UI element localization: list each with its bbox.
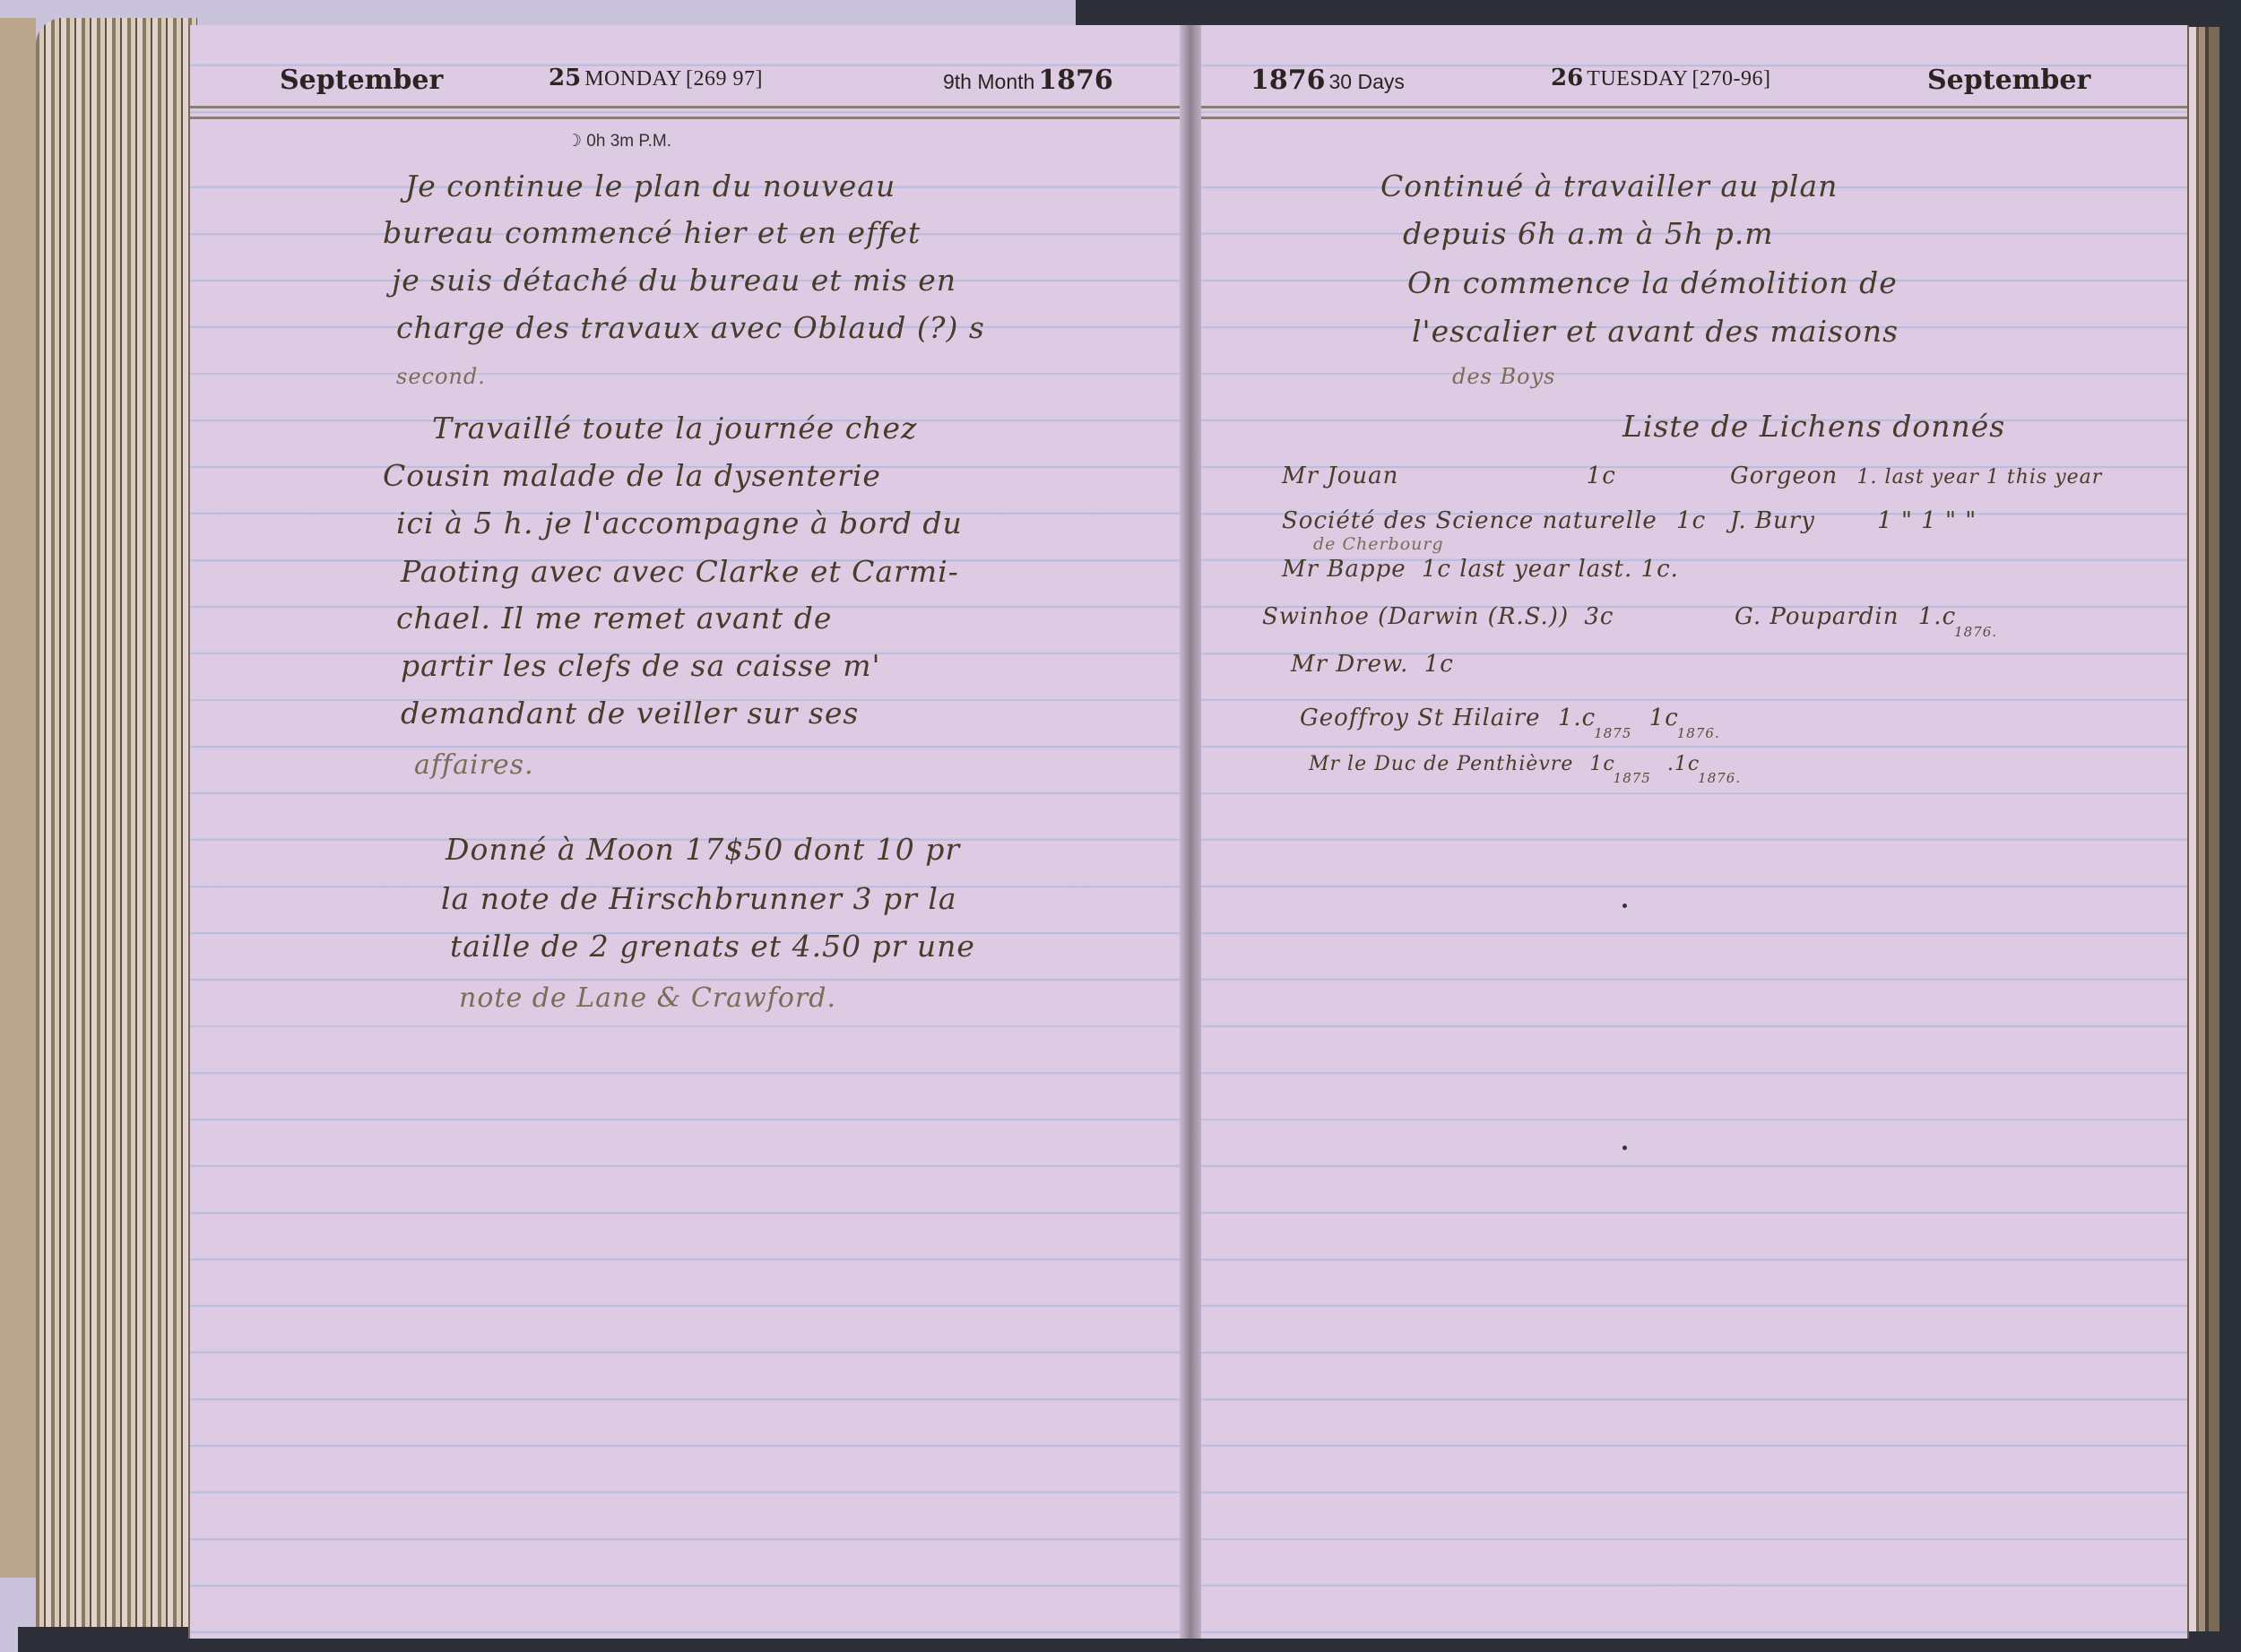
day-index: [270-96] (1692, 67, 1770, 91)
list-item: Swinhoe (Darwin (R.S.)) 3c (1262, 603, 1614, 630)
list-item: Mr le Duc de Penthièvre 1c1875 .1c1876. (1309, 753, 1741, 786)
entry-line: demandant de veiller sur ses (401, 696, 859, 731)
list-item: Société des Science naturelle 1c (1282, 507, 1706, 534)
day-name: TUESDAY (1587, 67, 1688, 91)
year-label: 1876 (1250, 65, 1326, 96)
header-rule (190, 106, 1187, 119)
entry-line: Paoting avec avec Clarke et Carmi- (401, 554, 959, 589)
entry-line: note de Lane & Crawford. (459, 982, 836, 1014)
entry-line: je suis détaché du bureau et mis en (392, 263, 956, 298)
entry-line: Cousin malade de la dysenterie (383, 458, 881, 493)
entry-line: ici à 5 h. je l'accompagne à bord du (396, 506, 963, 541)
entry-line: la note de Hirschbrunner 3 pr la (441, 881, 957, 916)
year-note: 1875 (1614, 770, 1651, 786)
list-item-sub: de Cherbourg (1313, 534, 1444, 554)
left-header-year: 9th Month 1876 (943, 65, 1113, 96)
moon-phase: ☽ 0h 3m P.M. (567, 131, 671, 151)
entry-line: charge des travaux avec Oblaud (?) s (396, 310, 985, 345)
entry-line: Je continue le plan du nouveau (405, 169, 896, 203)
entry-line: second. (396, 364, 486, 389)
day-index: [269 97] (686, 67, 763, 91)
recipient-qty: .1c (1667, 753, 1700, 775)
recipient-qty: 1.c (1558, 705, 1596, 731)
ink-dot (1622, 1146, 1627, 1150)
recipient-qty: 1 " 1 " " (1877, 507, 1977, 534)
day-number: 26 (1551, 65, 1583, 91)
days-label: 30 Days (1329, 70, 1405, 93)
year-note: 1876. (1698, 770, 1741, 786)
left-header-month: September (280, 65, 443, 96)
recipient-qty: 3c (1584, 603, 1614, 630)
list-item: J. Bury 1 " 1 " " (1730, 507, 1977, 534)
recipient-name: Mr Bappe (1282, 556, 1406, 583)
entry-line: des Boys (1452, 364, 1555, 389)
recipient-name: Mr Drew. (1291, 651, 1408, 678)
list-item: Mr Drew. 1c (1291, 651, 1454, 678)
right-page: 1876 30 Days 26 TUESDAY [270-96] Septemb… (1201, 25, 2189, 1639)
right-header-year: 1876 30 Days (1250, 65, 1405, 96)
entry-line: taille de 2 grenats et 4.50 pr une (450, 929, 975, 964)
recipient-name: Mr Jouan (1282, 463, 1398, 489)
left-header-day: 25 MONDAY [269 97] (549, 65, 763, 91)
entry-line: chael. Il me remet avant de (396, 601, 832, 636)
day-name: MONDAY (584, 67, 682, 91)
right-header-month: September (1927, 65, 2090, 96)
list-item: Gorgeon 1. last year 1 this year (1730, 463, 2102, 489)
year-label: 1876 (1038, 65, 1113, 96)
flyleaf (0, 18, 36, 1578)
list-item: Mr Bappe 1c last year last. 1c. (1282, 556, 1679, 583)
recipient-qty: 1. last year 1 this year (1857, 466, 2103, 489)
month-ordinal: 9th Month (943, 70, 1034, 93)
right-header-day: 26 TUESDAY [270-96] (1551, 65, 1770, 91)
right-page-stack (2187, 27, 2219, 1631)
entry-line: Travaillé toute la journée chez (432, 411, 917, 445)
left-page: September 25 MONDAY [269 97] 9th Month 1… (188, 25, 1187, 1639)
ink-dot (1622, 904, 1627, 908)
entry-line: affaires. (414, 749, 534, 781)
recipient-name: J. Bury (1730, 507, 1815, 534)
recipient-qty: 1c (1649, 705, 1679, 731)
entry-line: partir les clefs de sa caisse m' (401, 648, 881, 683)
recipient-qty: 1.c (1918, 603, 1956, 630)
recipient-name: Swinhoe (Darwin (R.S.)) (1262, 603, 1569, 630)
recipient-qty: 1c last year last. 1c. (1422, 556, 1679, 583)
recipient-name: Mr le Duc de Penthièvre (1309, 753, 1573, 775)
entry-line: depuis 6h a.m à 5h p.m (1403, 216, 1774, 251)
year-note: 1876. (1954, 624, 1997, 640)
entry-line: bureau commencé hier et en effet (383, 215, 921, 250)
entry-line: l'escalier et avant des maisons (1412, 314, 1899, 349)
year-note: 1875 (1594, 725, 1631, 741)
recipient-qty: 1c (1587, 463, 1616, 489)
header-rule (1201, 106, 2187, 119)
left-page-stack (36, 18, 197, 1631)
list-item: G. Poupardin 1.c1876. (1735, 603, 1997, 640)
month-label: September (1927, 65, 2090, 96)
recipient-qty: 1c (1589, 753, 1614, 775)
month-label: September (280, 65, 443, 96)
recipient-qty: 1c (1424, 651, 1454, 678)
entry-line: On commence la démolition de (1407, 265, 1898, 300)
recipient-name: Geoffroy St Hilaire (1300, 705, 1541, 731)
recipient-name: G. Poupardin (1735, 603, 1899, 630)
recipient-qty: 1c (1676, 507, 1706, 534)
list-item: Mr Jouan 1c (1282, 463, 1616, 489)
day-number: 25 (549, 65, 581, 91)
book-cover-right (2216, 0, 2241, 1652)
year-note: 1876. (1677, 725, 1720, 741)
entry-line: Donné à Moon 17$50 dont 10 pr (446, 832, 960, 867)
list-item: Geoffroy St Hilaire 1.c1875 1c1876. (1300, 705, 1720, 741)
entry-line: Continué à travailler au plan (1380, 169, 1838, 203)
recipient-name: Société des Science naturelle (1282, 507, 1657, 534)
list-title: Liste de Lichens donnés (1622, 409, 2005, 444)
recipient-name: Gorgeon (1730, 463, 1838, 489)
